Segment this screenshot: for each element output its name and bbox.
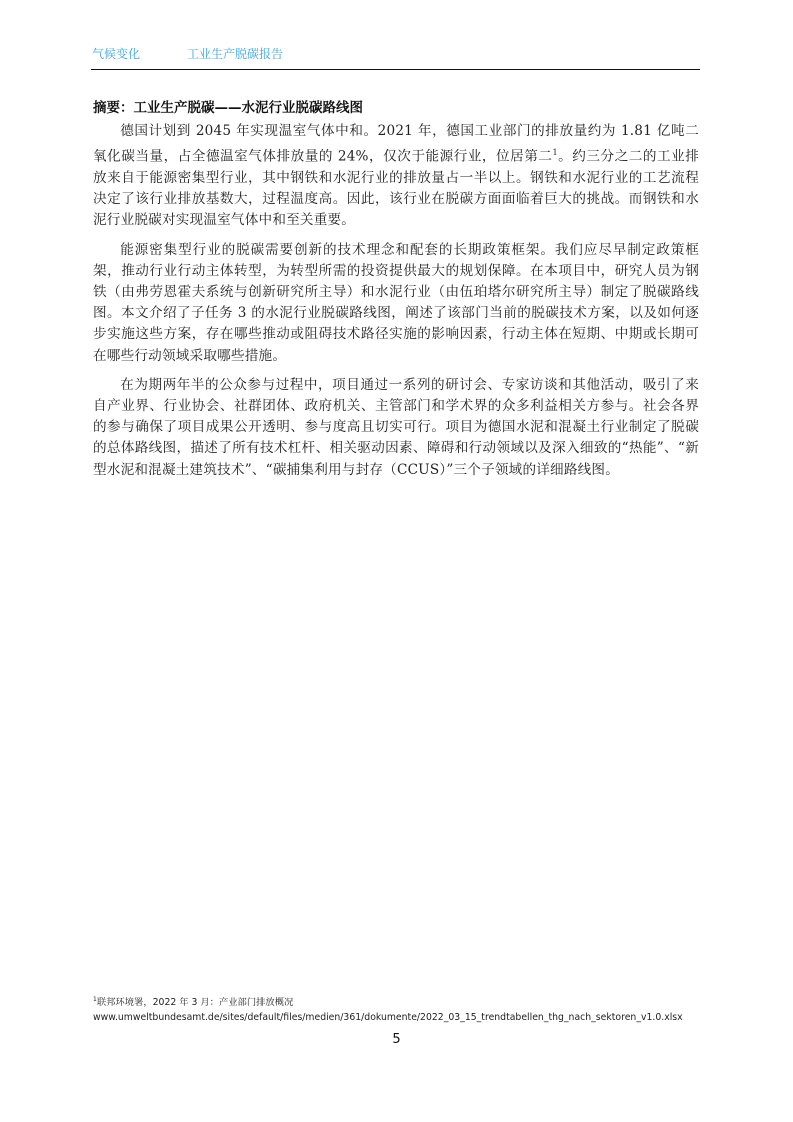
footnote-url[interactable]: www.umweltbundesamt.de/sites/default/fil… [93, 1010, 713, 1025]
paragraph-3: 在为期两年半的公众参与过程中，项目通过一系列的研讨会、专家访谈和其他活动，吸引了… [93, 375, 699, 481]
paragraph-2: 能源密集型行业的脱碳需要创新的技术理念和配套的长期政策框架。我们应尽早制定政策框… [93, 240, 699, 367]
footnote-line-1: 1联邦环境署，2022 年 3 月：产业部门排放概况 [93, 992, 713, 1010]
header-section-label: 气候变化 [92, 45, 140, 62]
header-report-title: 工业生产脱碳报告 [187, 45, 283, 62]
paragraph-1: 德国计划到 2045 年实现温室气体中和。2021 年，德国工业部门的排放量约为… [93, 121, 699, 232]
header-rule [91, 69, 700, 70]
summary-title: 摘要：工业生产脱碳——水泥行业脱碳路线图 [93, 99, 699, 118]
page-body: 摘要：工业生产脱碳——水泥行业脱碳路线图 德国计划到 2045 年实现温室气体中… [93, 99, 699, 489]
footnote: 1联邦环境署，2022 年 3 月：产业部门排放概况 www.umweltbun… [93, 992, 713, 1025]
footnote-source: 联邦环境署，2022 年 3 月：产业部门排放概况 [97, 997, 294, 1008]
page-number: 5 [0, 1032, 793, 1047]
